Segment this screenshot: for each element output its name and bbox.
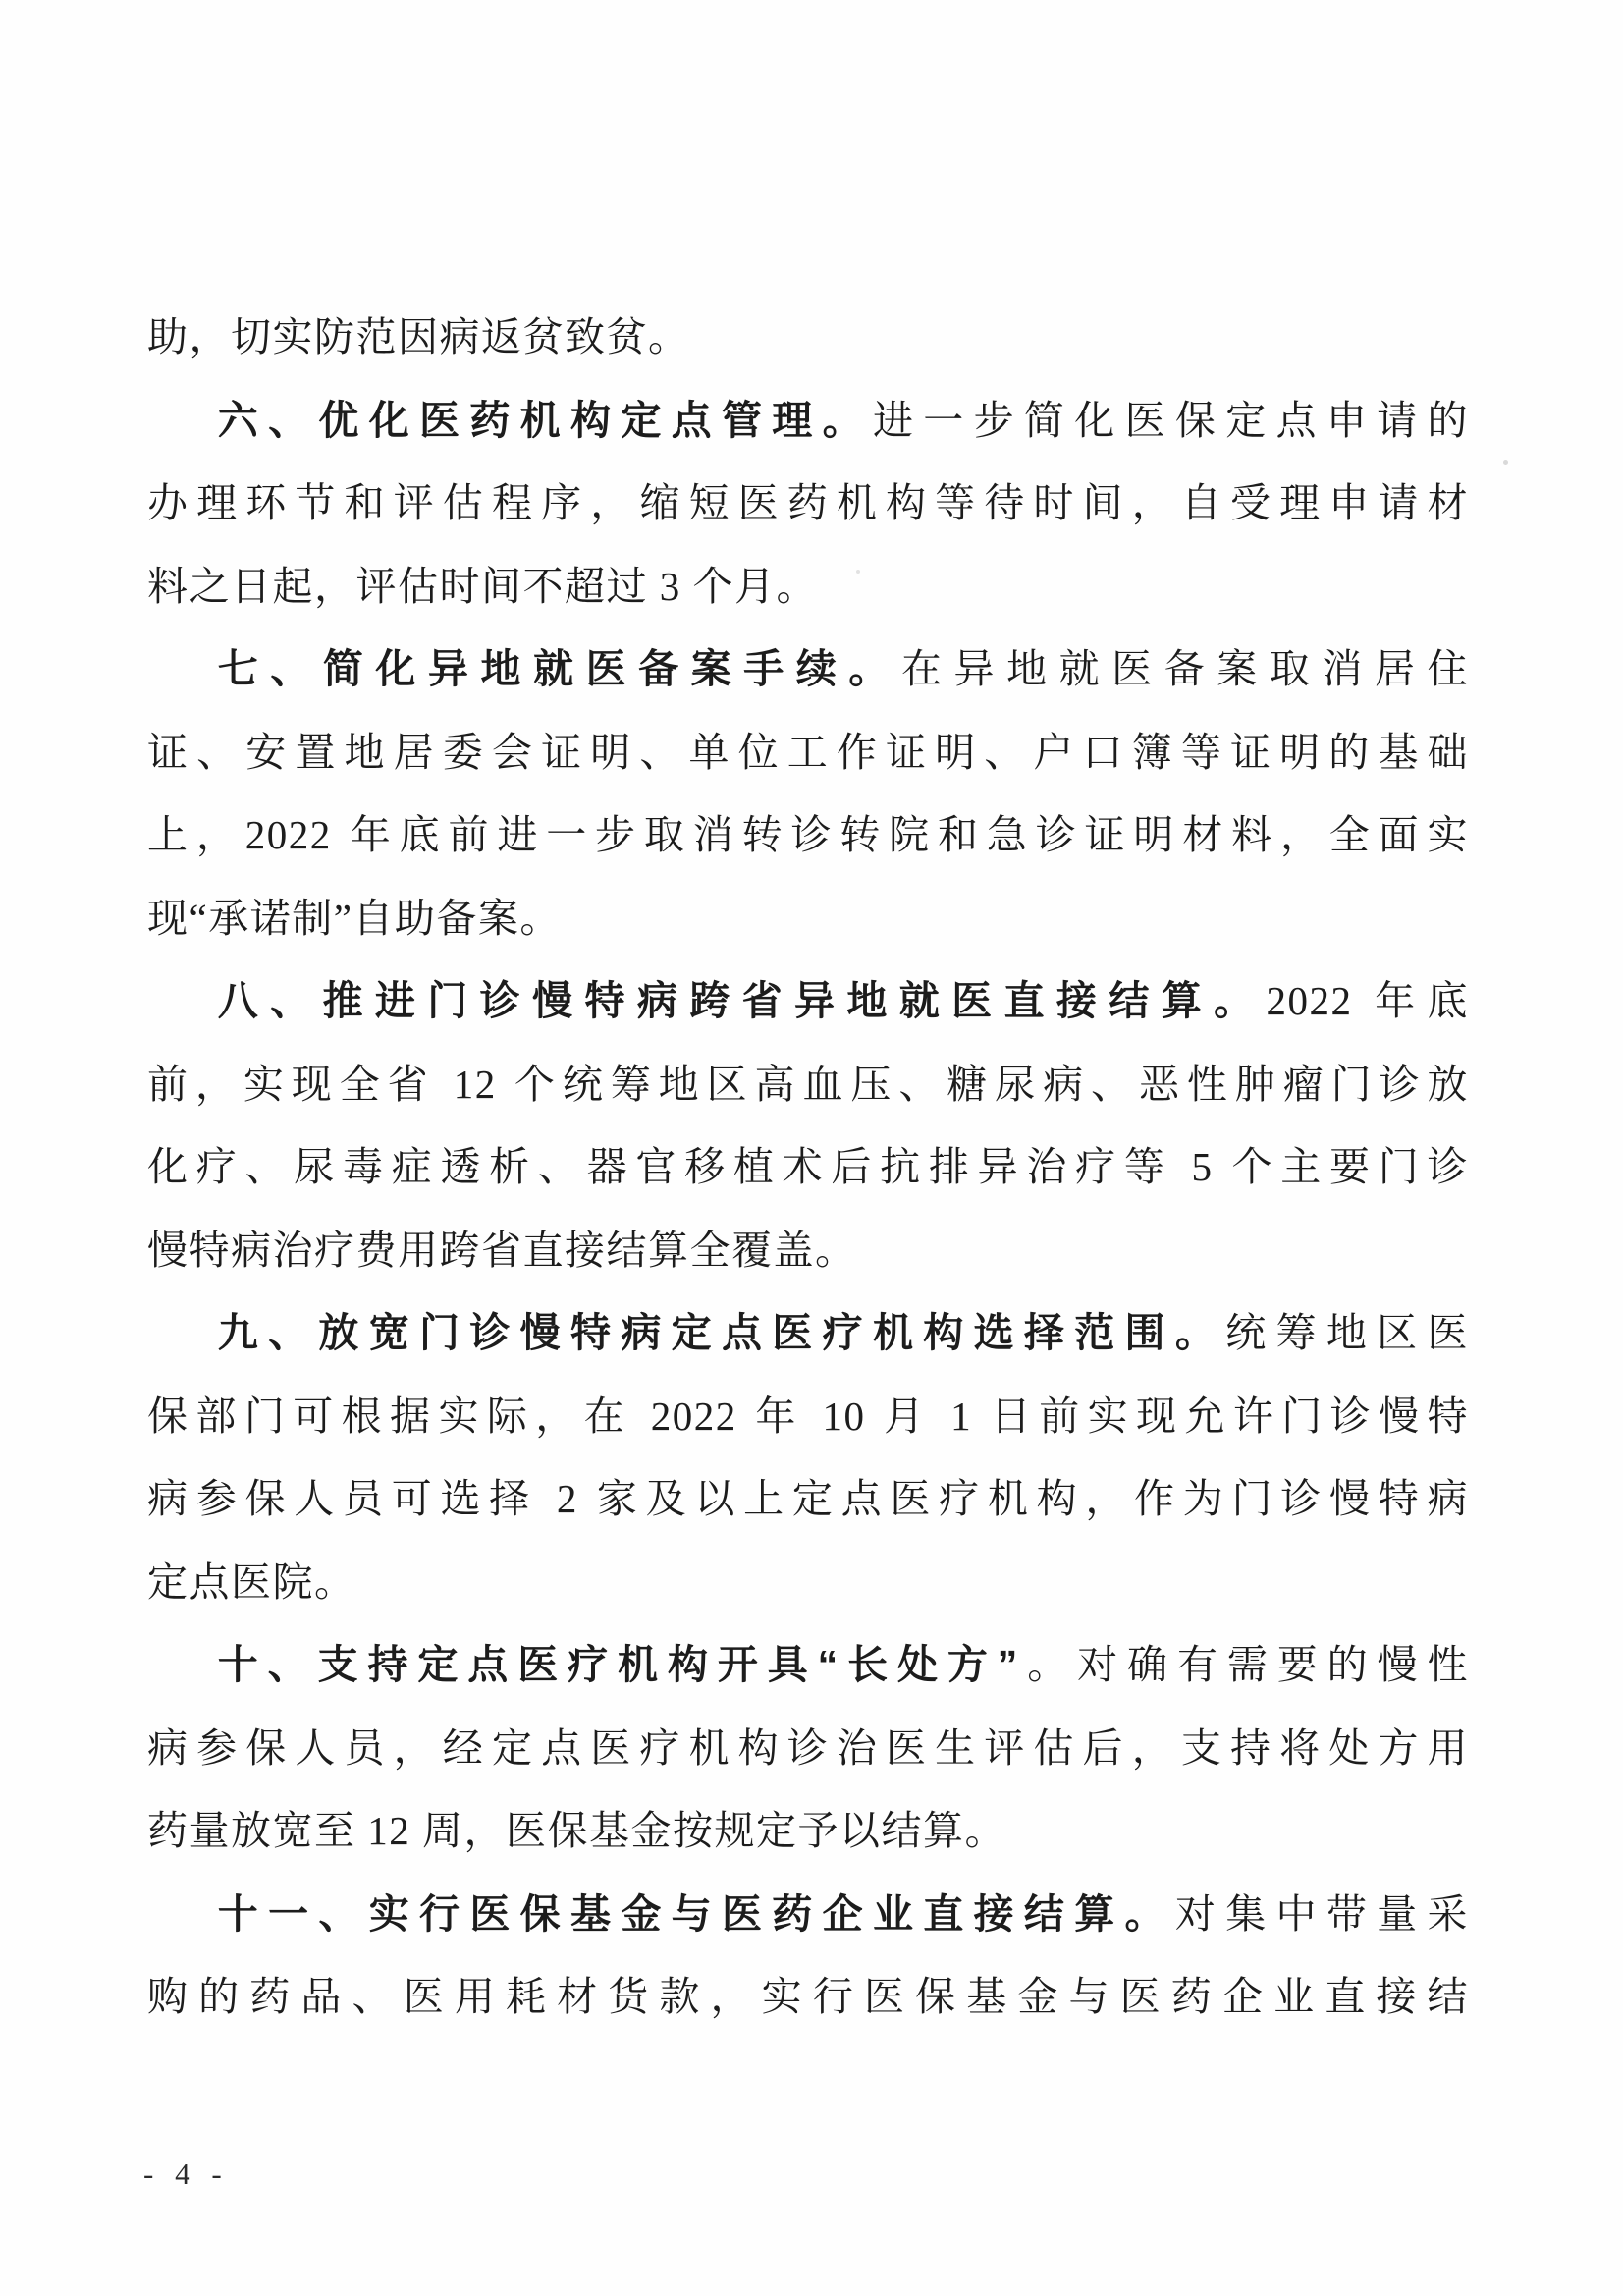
section-heading-run: 八、推进门诊慢特病跨省异地就医直接结算。	[218, 978, 1267, 1023]
text-line: 办理环节和评估程序，缩短医药机构等待时间，自受理申请材	[147, 462, 1469, 545]
text-line: 慢特病治疗费用跨省直接结算全覆盖。	[147, 1209, 1469, 1292]
document-page: 助，切实防范因病返贫致贫。六、优化医药机构定点管理。进一步简化医保定点申请的办理…	[0, 0, 1623, 2296]
page-number: - 4 -	[143, 2157, 229, 2192]
body-text-run: 进一步简化医保定点申请的	[873, 398, 1469, 443]
body-text-run: 统筹地区医	[1225, 1310, 1469, 1355]
text-line: 化疗、尿毒症透析、器官移植术后抗排异治疗等 5 个主要门诊	[147, 1125, 1469, 1209]
document-body: 助，切实防范因病返贫致贫。六、优化医药机构定点管理。进一步简化医保定点申请的办理…	[147, 296, 1469, 2039]
text-line: 八、推进门诊慢特病跨省异地就医直接结算。2022 年底	[147, 959, 1469, 1043]
body-text-run: 化疗、尿毒症透析、器官移植术后抗排异治疗等 5 个主要门诊	[147, 1144, 1469, 1189]
section-heading-run: 七、简化异地就医备案手续。	[218, 646, 901, 691]
section-heading-run: 十、支持定点医疗机构开具“长处方”	[218, 1642, 1019, 1687]
body-text-run: 证、安置地居委会证明、单位工作证明、户口簿等证明的基础	[147, 730, 1469, 775]
body-text-run: 。对确有需要的慢性	[1019, 1642, 1469, 1687]
body-text-run: 在异地就医备案取消居住	[901, 646, 1469, 691]
body-text-run: 购的药品、医用耗材货款，实行医保基金与医药企业直接结	[147, 1974, 1469, 2019]
body-text-run: 对集中带量采	[1175, 1891, 1469, 1937]
body-text-run: 前，实现全省 12 个统筹地区高血压、糖尿病、恶性肿瘤门诊放	[147, 1062, 1469, 1107]
text-line: 病参保人员，经定点医疗机构诊治医生评估后，支持将处方用	[147, 1707, 1469, 1790]
text-line: 上，2022 年底前进一步取消转诊转院和急诊证明材料，全面实	[147, 793, 1469, 877]
text-line: 六、优化医药机构定点管理。进一步简化医保定点申请的	[147, 379, 1469, 463]
body-text-run: 病参保人员可选择 2 家及以上定点医疗机构，作为门诊慢特病	[147, 1476, 1469, 1521]
text-line: 十、支持定点医疗机构开具“长处方”。对确有需要的慢性	[147, 1623, 1469, 1707]
body-text-run: 办理环节和评估程序，缩短医药机构等待时间，自受理申请材	[147, 480, 1469, 525]
body-text-run: 药量放宽至 12 周，医保基金按规定予以结算。	[147, 1808, 1006, 1853]
text-line: 保部门可根据实际，在 2022 年 10 月 1 日前实现允许门诊慢特	[147, 1375, 1469, 1458]
text-line: 定点医院。	[147, 1541, 1469, 1624]
text-line: 助，切实防范因病返贫致贫。	[147, 296, 1469, 379]
body-text-run: 定点医院。	[147, 1559, 356, 1605]
body-text-run: 助，切实防范因病返贫致贫。	[147, 314, 690, 359]
body-text-run: 现“承诺制”自助备案。	[147, 896, 562, 941]
scan-speck	[856, 570, 860, 574]
body-text-run: 保部门可根据实际，在 2022 年 10 月 1 日前实现允许门诊慢特	[147, 1394, 1469, 1439]
body-text-run: 慢特病治疗费用跨省直接结算全覆盖。	[147, 1228, 857, 1273]
body-text-run: 上，2022 年底前进一步取消转诊转院和急诊证明材料，全面实	[147, 812, 1469, 857]
section-heading-run: 十一、实行医保基金与医药企业直接结算。	[218, 1891, 1175, 1937]
text-line: 现“承诺制”自助备案。	[147, 877, 1469, 960]
body-text-run: 2022 年底	[1266, 978, 1469, 1023]
body-text-run: 料之日起，评估时间不超过 3 个月。	[147, 564, 818, 609]
text-line: 药量放宽至 12 周，医保基金按规定予以结算。	[147, 1789, 1469, 1873]
text-line: 证、安置地居委会证明、单位工作证明、户口簿等证明的基础	[147, 711, 1469, 794]
scan-speck	[1503, 460, 1508, 465]
section-heading-run: 九、放宽门诊慢特病定点医疗机构选择范围。	[218, 1310, 1225, 1355]
text-line: 病参保人员可选择 2 家及以上定点医疗机构，作为门诊慢特病	[147, 1457, 1469, 1541]
text-line: 前，实现全省 12 个统筹地区高血压、糖尿病、恶性肿瘤门诊放	[147, 1043, 1469, 1126]
text-line: 料之日起，评估时间不超过 3 个月。	[147, 545, 1469, 629]
text-line: 九、放宽门诊慢特病定点医疗机构选择范围。统筹地区医	[147, 1291, 1469, 1375]
body-text-run: 病参保人员，经定点医疗机构诊治医生评估后，支持将处方用	[147, 1725, 1469, 1771]
text-line: 七、简化异地就医备案手续。在异地就医备案取消居住	[147, 628, 1469, 711]
text-line: 十一、实行医保基金与医药企业直接结算。对集中带量采	[147, 1873, 1469, 1956]
section-heading-run: 六、优化医药机构定点管理。	[218, 398, 873, 443]
text-line: 购的药品、医用耗材货款，实行医保基金与医药企业直接结	[147, 1955, 1469, 2039]
